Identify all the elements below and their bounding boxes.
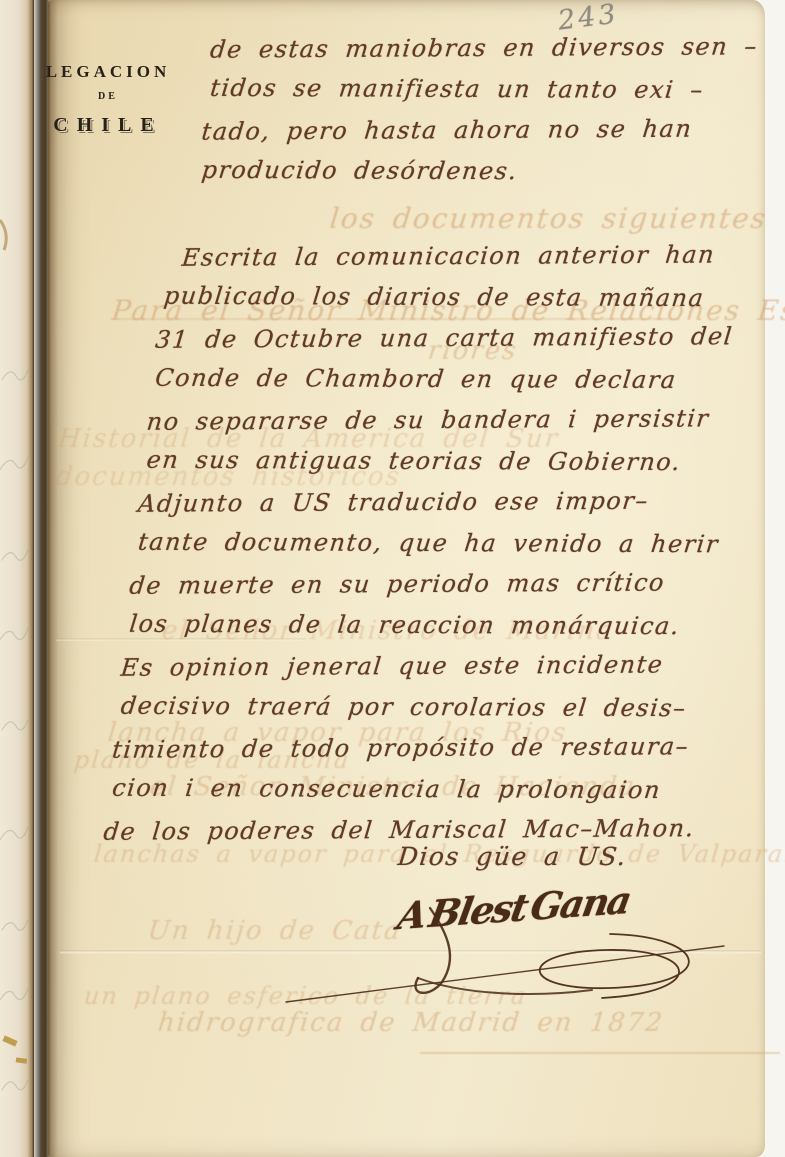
handwritten-line: timiento de todo propósito de restaura– [110,726,705,771]
handwritten-line: cion i en consecuencia la prolongaion [110,768,705,812]
binding-gutter-shadow [32,0,58,1157]
stamp-line-de: DE [42,91,174,102]
handwritten-line: Adjunto a US traducido ese impor– [136,480,731,525]
handwritten-line: tidos se manifiesta un tanto exi – [208,68,759,111]
handwritten-line: tante documento, que ha venido a herir [136,522,731,566]
handwritten-line: los planes de la reaccion monárquica. [127,604,722,648]
handwritten-line: decisivo traerá por corolarios el desis– [119,686,714,730]
handwritten-line: Es opinion jeneral que este incidente [119,644,714,689]
valediction: Dios güe a US. [396,836,629,877]
letter-paragraph-1: de estas maniobras en diversos sen – tid… [195,28,759,192]
handwritten-line: de estas maniobras en diversos sen – [208,26,760,70]
handwritten-line: tado, pero hasta ahora no se han [200,108,752,152]
previous-page-edge [0,0,34,1157]
handwritten-line: Conde de Chambord en que declara [153,358,748,402]
legation-stamp: LEGACION DE CHILE [42,62,174,137]
handwritten-line: 31 de Octubre una carta manifiesto del [153,316,748,361]
handwritten-line: en sus antiguas teorias de Gobierno. [145,440,740,484]
handwritten-line: de muerte en su periodo mas crítico [127,562,722,607]
handwritten-line: no separarse de su bandera i persistir [145,398,740,443]
bleedthrough-rule [420,1052,780,1054]
handwritten-line: producido desórdenes. [199,150,750,193]
handwritten-line: Escrita la comunicacion anterior han [180,234,757,278]
letter-paragraph-2: Escrita la comunicacion anterior han pub… [102,236,757,851]
handwritten-line: publicado los diarios de esta mañana [162,276,757,320]
stamp-line-legacion: LEGACION [42,62,174,82]
bleedthrough-text: los documentos siguientes [328,202,769,235]
pencil-scribble-marks [0,0,34,1157]
stamp-line-chile: CHILE [42,114,174,137]
